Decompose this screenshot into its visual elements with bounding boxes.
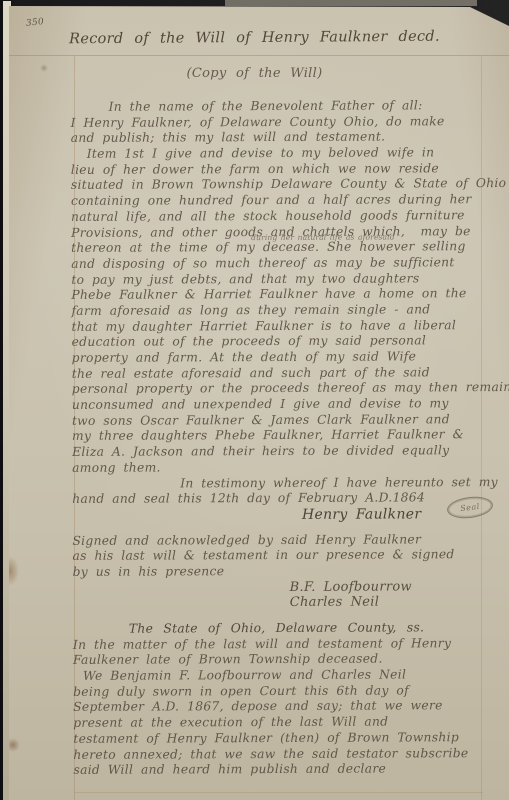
manuscript-line: testament of Henry Faulkner (then) of Br… (73, 730, 486, 747)
ledger-photo: 350 Record of the Will of Henry Faulkner… (0, 0, 509, 800)
manuscript-line: natural life, and all the stock househol… (71, 208, 484, 225)
manuscript-line: I Henry Faulkner, of Delaware County Ohi… (71, 114, 484, 131)
manuscript-line: In the matter of the last will and testa… (73, 636, 486, 653)
manuscript-line: lieu of her dower the farm on which we n… (71, 161, 484, 178)
manuscript-line: The State of Ohio, Delaware County, ss. (73, 620, 486, 637)
bottom-rule (74, 792, 483, 793)
manuscript-line: Faulkener late of Brown Township decease… (73, 651, 486, 668)
manuscript-line: containing one hundred four and a half a… (71, 192, 484, 209)
record-title: Record of the Will of Henry Faulkner dec… (0, 28, 509, 48)
manuscript-line: education out of the proceeds of my said… (72, 333, 485, 350)
manuscript-line: Phebe Faulkner & Harriet Faulkner have a… (71, 286, 484, 303)
manuscript-line: said Will and heard him publish and decl… (73, 761, 486, 778)
manuscript-line: the real estate aforesaid and such part … (72, 365, 485, 382)
binding-strip (225, 0, 477, 6)
manuscript-line: two sons Oscar Faulkner & James Clark Fa… (72, 412, 485, 429)
manuscript-line: that my daughter Harriet Faulkner is to … (71, 318, 484, 335)
manuscript-line: personal property or the proceeds thereo… (72, 380, 485, 397)
copy-heading: (Copy of the Will) (0, 66, 509, 81)
manuscript-line: September A.D. 1867, depose and say; tha… (73, 699, 486, 716)
manuscript-line: to pay my just debts, and that my two da… (71, 271, 484, 288)
manuscript-line: by us in his presence (73, 563, 486, 580)
ledger-page: 350 Record of the Will of Henry Faulkner… (0, 0, 509, 800)
manuscript-line: unconsumed and unexpended I give and dev… (72, 396, 485, 413)
manuscript-line: situated in Brown Township Delaware Coun… (71, 177, 484, 194)
manuscript-line: and disposing of so much thereof as may … (71, 255, 484, 272)
manuscript-line: being duly sworn in open Court this 6th … (73, 683, 486, 700)
manuscript-line: my three daughters Phebe Faulkner, Harri… (72, 428, 485, 445)
manuscript-line: property and farm. At the death of my sa… (72, 349, 485, 366)
manuscript-line: among them. (72, 459, 485, 476)
page-number: 350 (26, 17, 45, 29)
manuscript-column: In the name of the Benevolent Father of … (71, 98, 487, 779)
manuscript-line: Henry Faulkner (72, 506, 485, 523)
manuscript-line: We Benjamin F. Loofbourrow and Charles N… (73, 667, 486, 684)
manuscript-line: hereto annexed; that we saw the said tes… (73, 746, 486, 763)
manuscript-line: Charles Neil (73, 594, 486, 611)
manuscript-line: hand and seal this 12th day of February … (72, 490, 485, 507)
manuscript-line: Signed and acknowledged by said Henry Fa… (72, 532, 485, 549)
header-rule (9, 55, 509, 56)
manuscript-line: and publish; this my last will and testa… (71, 129, 484, 146)
seal-label: Seal (460, 502, 480, 513)
manuscript-line: B.F. Loofbourrow (73, 579, 486, 596)
manuscript-line: Item 1st I give and devise to my beloved… (71, 145, 484, 162)
manuscript-line: In the name of the Benevolent Father of … (71, 98, 484, 115)
manuscript-line: In testimony whereof I have hereunto set… (72, 475, 485, 492)
manuscript-line: farm aforesaid as long as they remain si… (71, 302, 484, 319)
manuscript-line: present at the execution of the last Wil… (73, 714, 486, 731)
manuscript-line: Eliza A. Jackson and their heirs to be d… (72, 443, 485, 460)
manuscript-line: as his last will & testament in our pres… (72, 547, 485, 564)
